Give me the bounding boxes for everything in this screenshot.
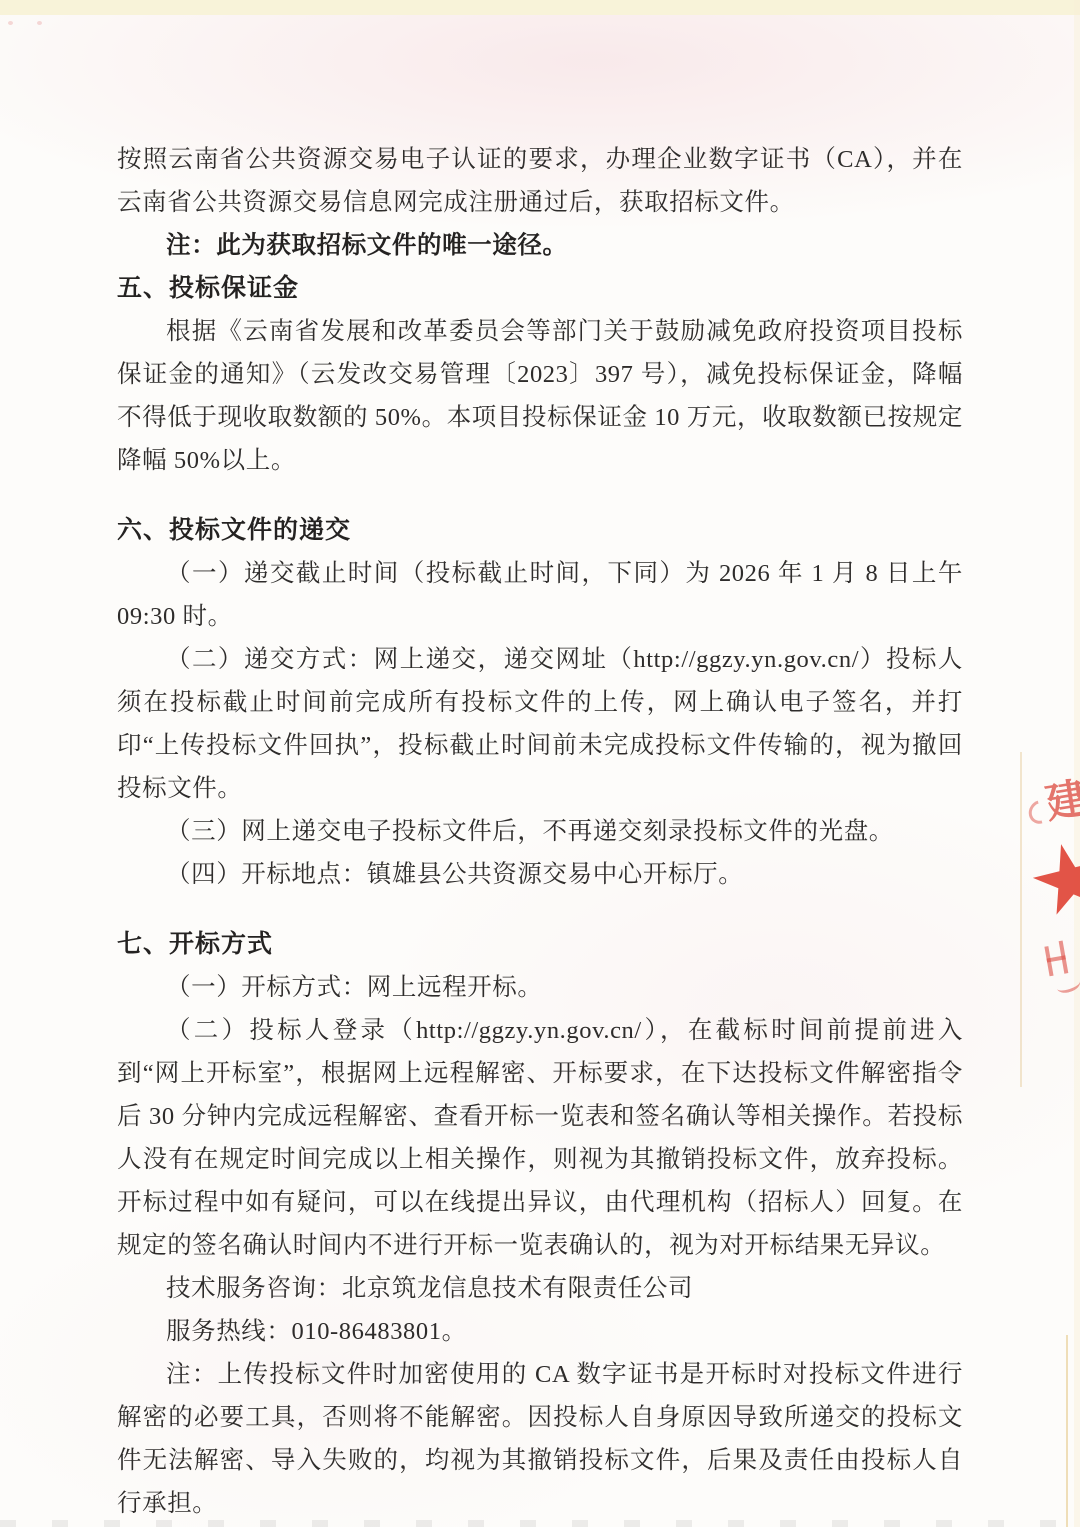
stamp-star-icon [1025, 835, 1080, 925]
continued-paragraph: 按照云南省公共资源交易电子认证的要求，办理企业数字证书（CA），并在云南省公共资… [117, 138, 963, 224]
note-unique-channel: 注：此为获取招标文件的唯一途径。 [117, 224, 963, 267]
scan-right-edge [1074, 0, 1080, 1527]
submission-method-paragraph: （二）递交方式：网上递交，递交网址（http://ggzy.yn.gov.cn/… [117, 638, 963, 810]
stamp-character-strokes [1036, 934, 1080, 998]
scan-top-edge [0, 0, 1080, 15]
opening-location-paragraph: （四）开标地点：镇雄县公共资源交易中心开标厅。 [117, 853, 963, 896]
submission-deadline-paragraph: （一）递交截止时间（投标截止时间，下同）为 2026 年 1 月 8 日上午 0… [117, 552, 963, 638]
tech-service-paragraph: 技术服务咨询：北京筑龙信息技术有限责任公司 [117, 1267, 963, 1310]
opening-method-paragraph: （一）开标方式：网上远程开标。 [117, 966, 963, 1009]
ink-speck [8, 21, 13, 25]
document-body: 按照云南省公共资源交易电子认证的要求，办理企业数字证书（CA），并在云南省公共资… [117, 138, 963, 1525]
section-six-heading: 六、投标文件的递交 [117, 509, 963, 552]
section-five-heading: 五、投标保证金 [117, 267, 963, 310]
scanned-document-page: 按照云南省公共资源交易电子认证的要求，办理企业数字证书（CA），并在云南省公共资… [0, 0, 1080, 1527]
page-edge-line [1020, 752, 1022, 1087]
ca-note-paragraph: 注：上传投标文件时加密使用的 CA 数字证书是开标时对投标文件进行解密的必要工具… [117, 1353, 963, 1525]
no-cd-paragraph: （三）网上递交电子投标文件后，不再递交刻录投标文件的光盘。 [117, 810, 963, 853]
section-seven-heading: 七、开标方式 [117, 923, 963, 966]
page-edge-line [1066, 1335, 1068, 1527]
bid-bond-paragraph: 根据《云南省发展和改革委员会等部门关于鼓励减免政府投资项目投标保证金的通知》（云… [117, 310, 963, 482]
bidder-login-paragraph: （二）投标人登录（http://ggzy.yn.gov.cn/），在截标时间前提… [117, 1009, 963, 1267]
ink-speck [37, 21, 42, 25]
hotline-paragraph: 服务热线：010-86483801。 [117, 1310, 963, 1353]
